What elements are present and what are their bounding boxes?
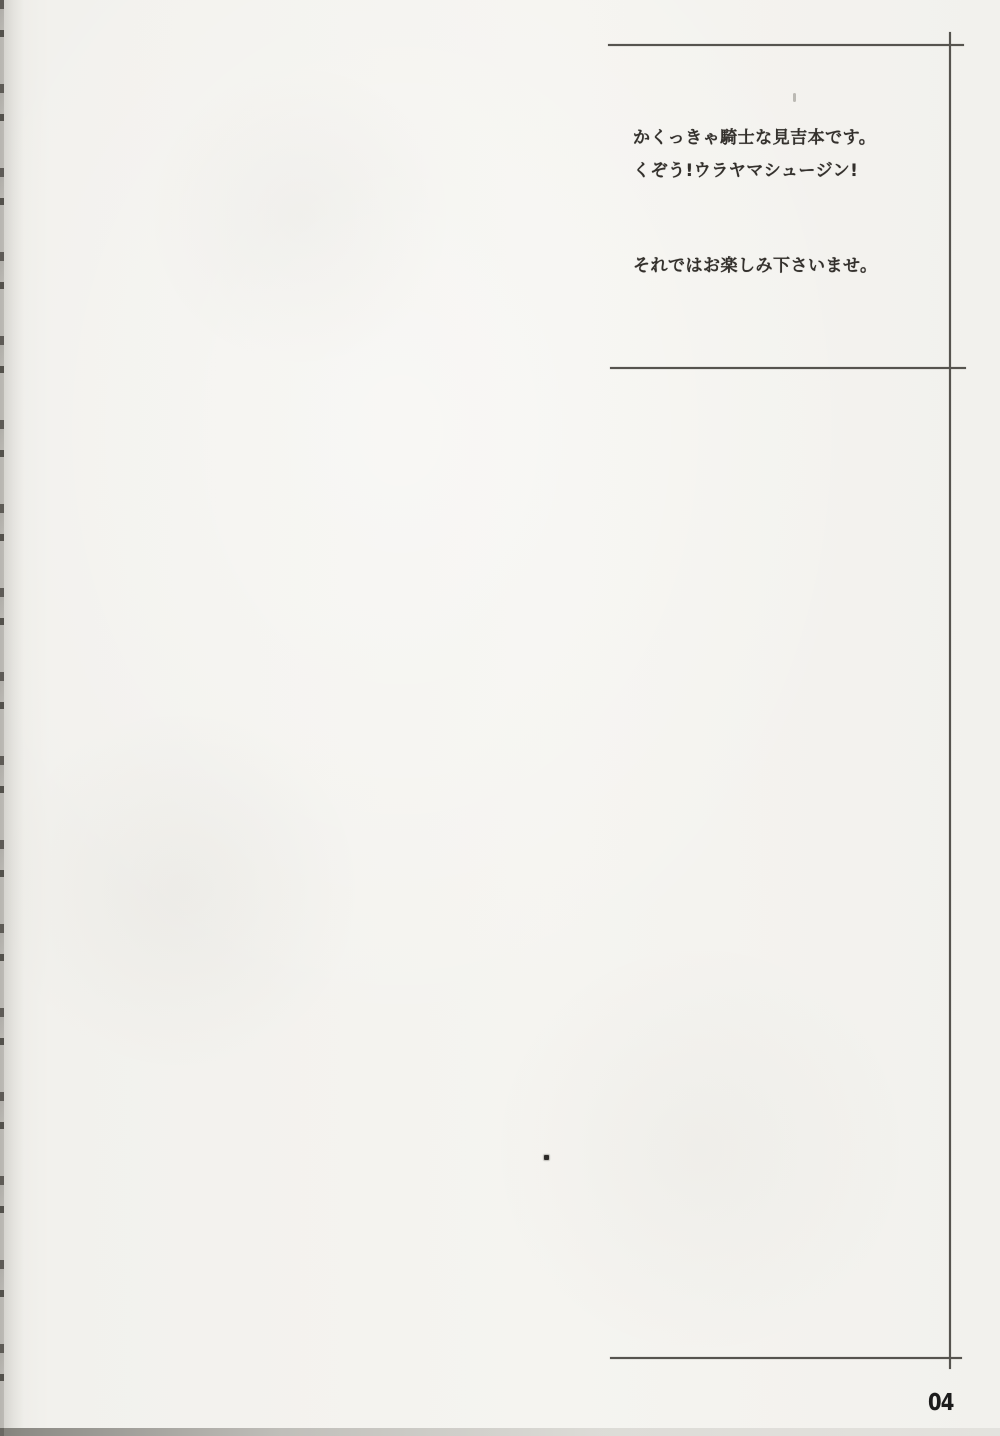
- preface-line-3: それではお楽しみ下さいませ。: [633, 250, 878, 283]
- section-rule: [610, 367, 966, 369]
- scanned-page: かくっきゃ騎士な見吉本です。 くぞう!ウラヤマシュージン! それではお楽しみ下さ…: [0, 0, 1000, 1436]
- closing-text-block: それではお楽しみ下さいませ。: [633, 250, 878, 283]
- scan-bottom-edge: [0, 1428, 1000, 1436]
- scan-binding-shadow: [0, 0, 24, 1436]
- header-rule: [608, 44, 964, 46]
- preface-text-block: かくっきゃ騎士な見吉本です。 くぞう!ウラヤマシュージン!: [633, 122, 876, 188]
- ink-speck: [544, 1155, 549, 1160]
- preface-line-2: くぞう!ウラヤマシュージン!: [633, 155, 876, 188]
- preface-line-1: かくっきゃ騎士な見吉本です。: [633, 122, 876, 155]
- margin-rule-vertical: [949, 32, 951, 1369]
- footer-rule: [610, 1357, 962, 1359]
- faint-speck: [793, 93, 796, 102]
- page-number: 04: [928, 1390, 954, 1416]
